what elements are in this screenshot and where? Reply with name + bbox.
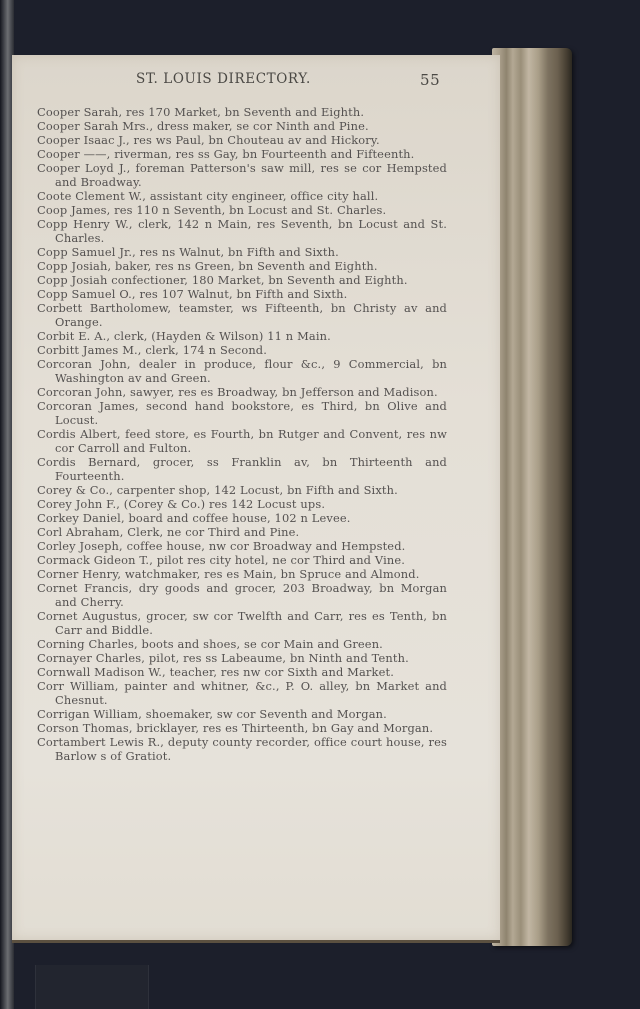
directory-entry: Cooper Sarah Mrs., dress maker, se cor N… [37,119,447,133]
directory-entry: Cornayer Charles, pilot, res ss Labeaume… [37,651,447,665]
directory-entry: Corley Joseph, coffee house, nw cor Broa… [37,539,447,553]
directory-entry: Corner Henry, watchmaker, res es Main, b… [37,567,447,581]
directory-entry: Cornwall Madison W., teacher, res nw cor… [37,665,447,679]
directory-entry: Copp Josiah confectioner, 180 Market, bn… [37,273,447,287]
directory-entry: Cooper Sarah, res 170 Market, bn Seventh… [37,105,447,119]
directory-entry: Corr William, painter and whitner, &c., … [37,679,447,707]
directory-entry: Cornet Augustus, grocer, sw cor Twelfth … [37,609,447,637]
directory-entry: Cormack Gideon T., pilot res city hotel,… [37,553,447,567]
directory-entry: Corey & Co., carpenter shop, 142 Locust,… [37,483,447,497]
directory-entry: Corning Charles, boots and shoes, se cor… [37,637,447,651]
directory-entry: Copp Samuel O., res 107 Walnut, bn Fifth… [37,287,447,301]
directory-entry: Coop James, res 110 n Seventh, bn Locust… [37,203,447,217]
running-title: ST. LOUIS DIRECTORY. [136,71,311,87]
directory-entry: Corcoran John, dealer in produce, flour … [37,357,447,385]
directory-entry: Cooper ——, riverman, res ss Gay, bn Four… [37,147,447,161]
directory-entry: Corl Abraham, Clerk, ne cor Third and Pi… [37,525,447,539]
directory-entry: Copp Josiah, baker, res ns Green, bn Sev… [37,259,447,273]
directory-entry: Corkey Daniel, board and coffee house, 1… [37,511,447,525]
directory-entry: Corbit E. A., clerk, (Hayden & Wilson) 1… [37,329,447,343]
directory-entry: Cooper Isaac J., res ws Paul, bn Choutea… [37,133,447,147]
directory-entry: Cooper Loyd J., foreman Patterson's saw … [37,161,447,189]
directory-entry: Cornet Francis, dry goods and grocer, 20… [37,581,447,609]
directory-entry: Cortambert Lewis R., deputy county recor… [37,735,447,763]
page-number: 55 [420,71,440,89]
directory-entry: Copp Samuel Jr., res ns Walnut, bn Fifth… [37,245,447,259]
directory-entry: Corcoran John, sawyer, res es Broadway, … [37,385,447,399]
directory-entry: Coote Clement W., assistant city enginee… [37,189,447,203]
directory-entries: Cooper Sarah, res 170 Market, bn Seventh… [37,105,447,763]
directory-entry: Cordis Bernard, grocer, ss Franklin av, … [37,455,447,483]
directory-entry: Corey John F., (Corey & Co.) res 142 Loc… [37,497,447,511]
directory-entry: Corcoran James, second hand bookstore, e… [37,399,447,427]
directory-entry: Copp Henry W., clerk, 142 n Main, res Se… [37,217,447,245]
book-page-edges [492,48,572,946]
directory-entry: Cordis Albert, feed store, es Fourth, bn… [37,427,447,455]
directory-entry: Corson Thomas, bricklayer, res es Thirte… [37,721,447,735]
directory-entry: Corbett Bartholomew, teamster, ws Fiftee… [37,301,447,329]
directory-entry: Corrigan William, shoemaker, sw cor Seve… [37,707,447,721]
directory-entry: Corbitt James M., clerk, 174 n Second. [37,343,447,357]
background-bottom-block [35,965,149,1009]
